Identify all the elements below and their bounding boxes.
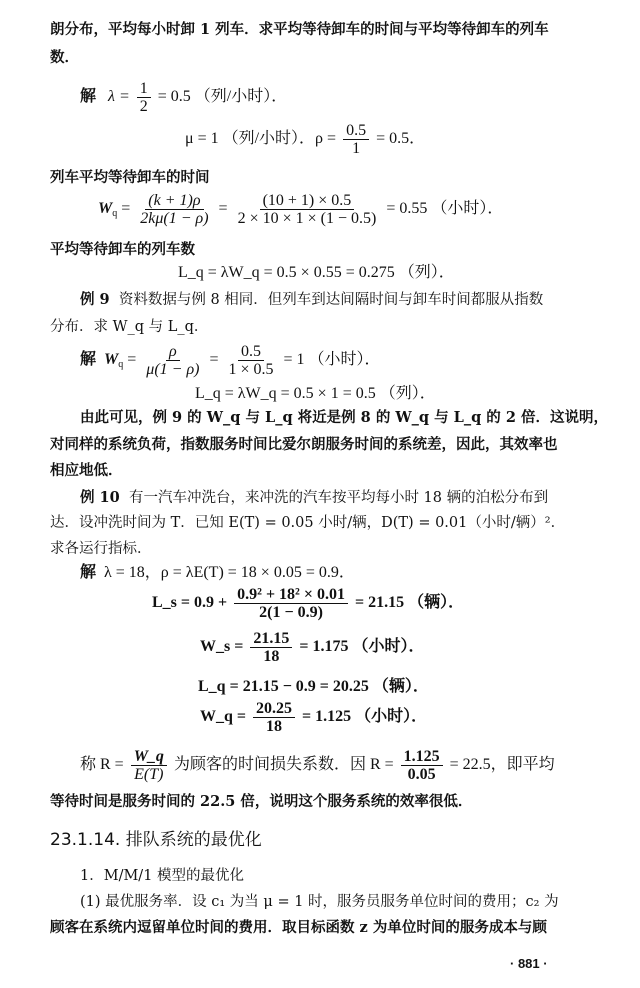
- text-line: 达．设冲洗时间为 T．已知 E(T) = 0.05 小时/辆，D(T) = 0.…: [50, 513, 565, 533]
- solution-label: 解: [80, 88, 96, 105]
- example-10: 例 10 有一汽车冲洗台，来冲洗的汽车按平均每小时 18 辆的泊松分布到: [80, 488, 548, 508]
- equation-lq-ex9: L_q = λW_q = 0.5 × 1 = 0.5 （列）．: [195, 384, 436, 404]
- text-line: 对同样的系统负荷，指数服务时间比爱尔朗服务时间的系统差，因此，其效率也: [50, 435, 558, 455]
- equation-wq-ex9: 解 Wq = ρμ(1 − ρ) = 0.51 × 0.5 = 1 （小时）．: [80, 343, 381, 378]
- example-9: 例 9 资料数据与例 8 相同．但列车到达间隔时间与卸车时间都服从指数: [80, 290, 543, 310]
- subsection-heading: 1．M/M/1 模型的最优化: [80, 866, 244, 886]
- text-line: 列车平均等待卸车的时间: [50, 168, 210, 188]
- equation-wq: Wq = (k + 1)ρ2kμ(1 − ρ) = (10 + 1) × 0.5…: [98, 192, 503, 227]
- page-number: · 881 ·: [510, 954, 548, 974]
- text-line: 由此可见，例 9 的 W_q 与 L_q 将近是例 8 的 W_q 与 L_q …: [80, 408, 608, 428]
- equation-r: 称 R = W_qE(T) 为顾客的时间损失系数．因 R = 1.1250.05…: [80, 748, 555, 783]
- text-line: 朗分布，平均每小时卸 1 列车．求平均等待卸车的时间与平均等待卸车的列车: [50, 20, 549, 40]
- equation-lambda: 解 λ = 12 = 0.5 （列/小时）．: [80, 80, 287, 115]
- text-line: 顾客在系统内逗留单位时间的费用．取目标函数 z 为单位时间的服务成本与顾: [50, 918, 547, 938]
- equation-mu-rho: μ = 1 （列/小时）．ρ = 0.51 = 0.5．: [185, 122, 425, 157]
- text-line: 平均等待卸车的列车数: [50, 240, 195, 260]
- fraction: 12: [137, 80, 151, 115]
- equation-lq-ex10: L_q = 21.15 − 0.9 = 20.25 （辆）．: [198, 677, 429, 697]
- text-line: 求各运行指标．: [50, 539, 152, 559]
- example-label: 例 10: [80, 489, 120, 506]
- example-label: 例 9: [80, 291, 110, 308]
- section-heading: 23.1.14. 排队系统的最优化: [50, 830, 262, 850]
- text-line: 等待时间是服务时间的 22.5 倍，说明这个服务系统的效率很低．: [50, 792, 472, 812]
- text-line: (1) 最优服务率．设 c₁ 为当 μ = 1 时，服务员服务单位时间的费用；c…: [80, 892, 559, 912]
- equation-lq: L_q = λW_q = 0.5 × 0.55 = 0.275 （列）．: [178, 263, 455, 283]
- equation-wq-ex10: W_q = 20.2518 = 1.125 （小时）．: [200, 700, 427, 735]
- equation-rho-ex10: 解 λ = 18，ρ = λE(T) = 18 × 0.05 = 0.9．: [80, 563, 355, 583]
- text-line: 数．: [50, 48, 79, 68]
- equation-ws: W_s = 21.1518 = 1.175 （小时）．: [200, 630, 424, 665]
- text-line: 相应地低．: [50, 461, 123, 481]
- text-line: 分布．求 W_q 与 L_q．: [50, 317, 208, 337]
- equation-ls: L_s = 0.9 + 0.9² + 18² × 0.012(1 − 0.9) …: [152, 586, 464, 621]
